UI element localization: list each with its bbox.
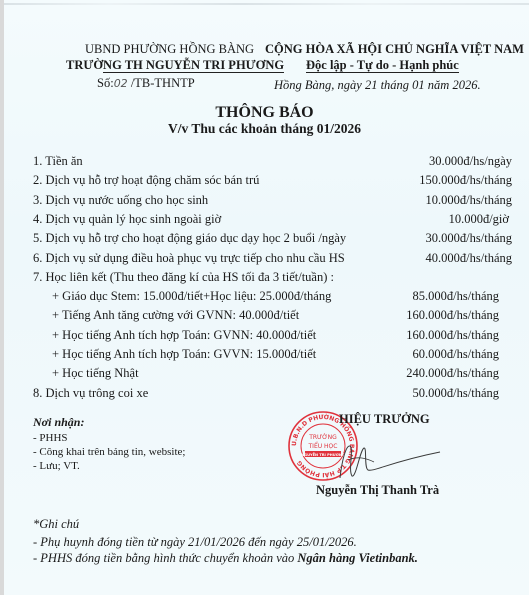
doc-number-suffix: /TB-THNTP [128, 76, 195, 90]
recipients-title: Nơi nhận: [33, 415, 84, 430]
fee-item-label: 6. Dịch vụ sử dụng điều hoà phục vụ trực… [33, 251, 345, 266]
notice-subtitle: V/v Thu các khoản tháng 01/2026 [0, 121, 529, 137]
fee-item-label: + Học tiếng Anh tích hợp Toán: GVVN: 15.… [52, 347, 316, 362]
notice-title: THÔNG BÁO [0, 104, 529, 122]
fee-item-label: 3. Dịch vụ nước uống cho học sinh [33, 193, 208, 208]
fee-item-label: 7. Học liên kết (Thu theo đăng kí của HS… [33, 270, 334, 285]
fee-item-label: 4. Dịch vụ quản lý học sinh ngoài giờ [33, 212, 221, 227]
place-date: Hồng Bàng, ngày 21 tháng 01 năm 2026. [274, 78, 481, 93]
signatory-name: Nguyễn Thị Thanh Trà [316, 483, 439, 498]
fee-item-price: 50.000đ/hs/tháng [413, 386, 499, 401]
fee-item-price: 30.000đ/hs/ngày [429, 154, 512, 169]
fee-item-label: 5. Dịch vụ hỗ trợ cho hoạt động giáo dục… [33, 231, 346, 246]
signature-scribble-icon [330, 440, 445, 480]
note-line-payment-method: - PHHS đóng tiền bằng hình thức chuyển k… [33, 551, 418, 566]
fee-item-label: + Học tiếng Anh tích hợp Toán: GVNN: 40.… [52, 328, 316, 343]
recipient-line: - PHHS [33, 432, 68, 444]
fee-item-label: 2. Dịch vụ hỗ trợ hoạt động chăm sóc bán… [33, 173, 259, 188]
national-motto: Độc lập - Tự do - Hạnh phúc [306, 58, 459, 73]
doc-number-label: Số: [97, 76, 114, 90]
doc-number-value: 02 [114, 77, 128, 90]
note-line-prefix: - PHHS đóng tiền bằng hình thức chuyển k… [33, 551, 297, 565]
school-name-underlined: NG TH NGUYỄN TRI PHƯƠNG [103, 58, 284, 73]
fee-item-price: 30.000đ/hs/tháng [426, 231, 512, 246]
note-line-payment-period: - Phụ huynh đóng tiền từ ngày 21/01/2026… [33, 535, 357, 550]
fee-item-price: 160.000đ/hs/tháng [406, 328, 499, 343]
fee-item-price: 40.000đ/hs/tháng [426, 251, 512, 266]
fee-item-price: 85.000đ/hs/tháng [413, 289, 499, 304]
bank-name: Ngân hàng Vietinbank. [297, 551, 418, 565]
fee-item-price: 10.000đ/hs/tháng [426, 193, 512, 208]
fee-item-price: 240.000đ/hs/tháng [406, 366, 499, 381]
authority-name: UBND PHƯỜNG HỒNG BÀNG [85, 42, 254, 57]
fee-item-price: 60.000đ/hs/tháng [413, 347, 499, 362]
school-name: TRƯỜNG TH NGUYỄN TRI PHƯƠNG [66, 58, 284, 73]
notes-title: *Ghi chú [33, 517, 79, 532]
signature-title: HIỆU TRƯỞNG [339, 412, 430, 427]
fee-item-price: 10.000đ/giờ [449, 212, 509, 227]
fee-item-price: 150.000đ/hs/tháng [419, 173, 512, 188]
fee-item-label: + Giáo dục Stem: 15.000đ/tiết+Học liệu: … [52, 289, 331, 304]
fee-item-price: 160.000đ/hs/tháng [406, 308, 499, 323]
fee-item-label: + Học tiếng Nhật [52, 366, 139, 381]
school-name-prefix: TRƯỜ [66, 58, 103, 72]
recipient-line: - Lưu; VT. [33, 460, 80, 472]
scan-top-line [4, 3, 529, 5]
fee-item-label: 1. Tiền ăn [33, 154, 83, 169]
nation-title: CỘNG HÒA XÃ HỘI CHỦ NGHĨA VIỆT NAM [265, 42, 524, 57]
recipient-line: - Công khai trên bảng tin, website; [33, 446, 185, 458]
fee-item-label: 8. Dịch vụ trông coi xe [33, 386, 148, 401]
document-number: Số:02 /TB-THNTP [97, 76, 195, 91]
fee-item-label: + Tiếng Anh tăng cường với GVNN: 40.000đ… [52, 308, 299, 323]
